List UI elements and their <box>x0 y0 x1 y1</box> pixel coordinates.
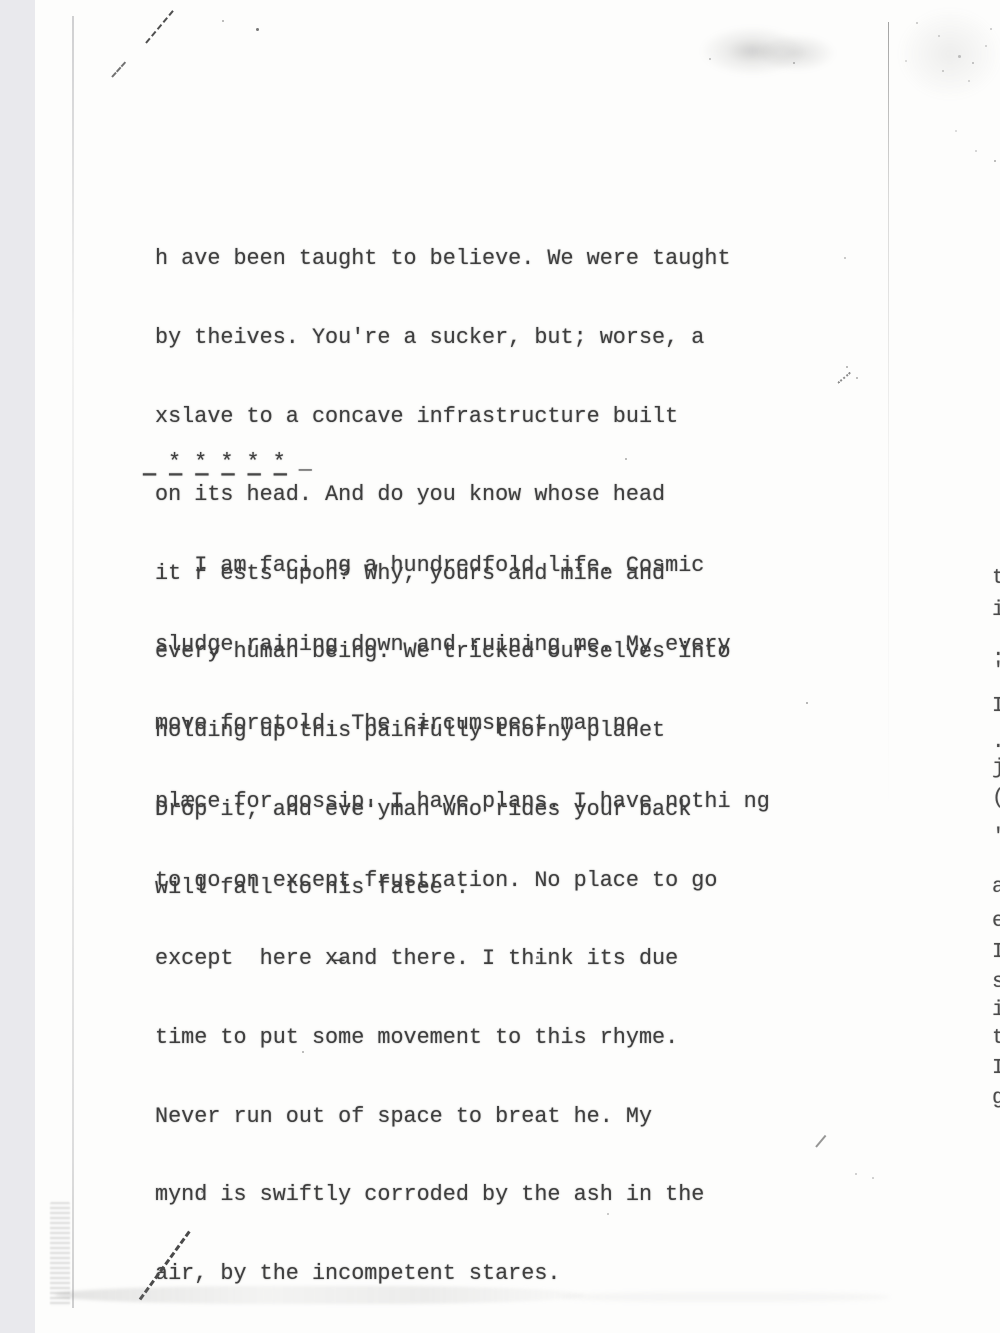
edge-letter-fragment: t <box>992 1027 1000 1050</box>
speck <box>955 130 957 132</box>
edge-letter-fragment: g <box>992 1087 1000 1110</box>
smudge-strip <box>50 1202 70 1306</box>
paragraph-2: I am faci ng a hundredfold life. Cosmic … <box>155 501 770 1313</box>
speck <box>201 1191 203 1193</box>
edge-letter-fragment: a <box>992 876 1000 899</box>
speck <box>806 702 808 704</box>
edge-letter-fragment: s <box>992 971 1000 994</box>
edge-letter-fragment: . <box>992 639 1000 662</box>
speck <box>855 1173 857 1175</box>
speck <box>958 55 961 58</box>
speck <box>625 458 627 460</box>
speck <box>856 377 858 379</box>
text-line: time to put some movement to this rhyme. <box>155 1025 770 1051</box>
edge-letter-fragment: ' <box>992 826 1000 849</box>
speck <box>302 1051 304 1053</box>
edge-letter-fragment: i <box>992 999 1000 1022</box>
speck <box>793 62 795 64</box>
edge-letter-fragment: t <box>992 567 1000 590</box>
text-line: xslave to a concave infrastructure built <box>155 404 731 430</box>
text-line: I am faci ng a hundredfold life. Cosmic <box>155 553 770 579</box>
edge-letter-fragment: I <box>992 1057 1000 1080</box>
text-line: mynd is swiftly corroded by the ash in t… <box>155 1182 770 1208</box>
speckle-band <box>560 1292 890 1302</box>
speck <box>905 60 907 62</box>
speck <box>536 956 539 959</box>
fold-line-left <box>72 16 74 1308</box>
text-line: except here x̶and there. I think its due <box>155 946 770 972</box>
edge-letter-fragment: j <box>992 757 1000 780</box>
text-line: plæce for gossip. I have plans. I have n… <box>155 789 770 815</box>
speck <box>709 58 711 60</box>
speck <box>942 70 944 72</box>
speck <box>916 22 918 24</box>
smudge <box>758 34 836 72</box>
smudge <box>898 8 1000 100</box>
edge-letter-fragment: I <box>992 941 1000 964</box>
speck <box>975 150 977 152</box>
text-line: h ave been taught to believe. We were ta… <box>155 246 731 272</box>
text-line: to go on except frustration. No place to… <box>155 868 770 894</box>
text-line: Never run out of space to breat he. My <box>155 1104 770 1130</box>
edge-letter-fragment: i <box>992 599 1000 622</box>
speck <box>256 28 259 31</box>
speck <box>222 20 224 22</box>
edge-letter-fragment: I <box>992 695 1000 718</box>
speck <box>846 366 848 368</box>
speck <box>994 160 996 162</box>
edge-letter-fragment: . <box>992 731 1000 754</box>
scanned-document-viewer: { "document": { "paragraph1": { "lines":… <box>0 0 1000 1333</box>
speck <box>972 62 974 64</box>
speckle-band <box>55 1286 585 1304</box>
text-line: by theives. You're a sucker, but; worse,… <box>155 325 731 351</box>
edge-letter-fragment: ' <box>992 660 1000 683</box>
text-line: move foretold. The circumspect man no <box>155 711 770 737</box>
fold-line-right <box>888 22 889 812</box>
text-line: sludge raining down and ruining me. My e… <box>155 632 770 658</box>
viewer-gutter <box>0 0 36 1333</box>
speck <box>985 45 987 47</box>
speck <box>990 28 992 30</box>
speck <box>607 1213 609 1215</box>
speck <box>872 1177 874 1179</box>
speck <box>844 257 846 259</box>
section-divider-dashes: — — — — — — <box>143 462 287 488</box>
text-line: air, by the incompetent stares. <box>155 1261 770 1287</box>
edge-letter-fragment: ( <box>992 787 1000 810</box>
speck <box>968 80 970 82</box>
speck <box>938 35 940 37</box>
edge-letter-fragment: e <box>992 910 1000 933</box>
